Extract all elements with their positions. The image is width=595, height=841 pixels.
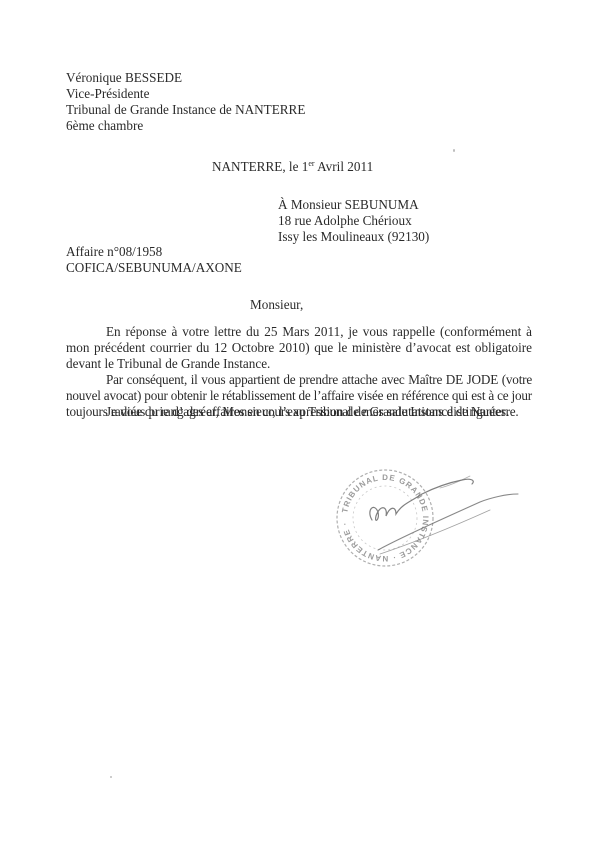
recipient-city: Issy les Moulineaux (92130): [278, 229, 429, 245]
case-reference: Affaire n°08/1958 COFICA/SEBUNUMA/AXONE: [66, 244, 242, 276]
recipient-street: 18 rue Adolphe Chérioux: [278, 213, 429, 229]
body-paragraph-1: En réponse à votre lettre du 25 Mars 201…: [66, 324, 532, 371]
recipient-name: À Monsieur SEBUNUMA: [278, 197, 429, 213]
salutation: Monsieur,: [250, 297, 303, 313]
letter-date: NANTERRE, le 1er Avril 2011: [212, 159, 373, 175]
stamp-inscription: TRIBUNAL DE GRANDE INSTANCE · NANTERRE ·…: [330, 458, 430, 563]
stamp-seal-icon: TRIBUNAL DE GRANDE INSTANCE · NANTERRE ·…: [330, 458, 530, 578]
recipient-block: À Monsieur SEBUNUMA 18 rue Adolphe Chéri…: [278, 197, 429, 245]
sender-court: Tribunal de Grande Instance de NANTERRE: [66, 102, 305, 118]
date-place: NANTERRE, le 1: [212, 159, 308, 174]
svg-text:TRIBUNAL DE GRANDE INSTANCE ·: TRIBUNAL DE GRANDE INSTANCE · NANTERRE ·…: [330, 458, 430, 563]
paragraph-text: Je vous prie d’agréer, Monsieur, l’expre…: [66, 404, 532, 420]
paper-speck: [110, 776, 112, 778]
sender-name: Véronique BESSEDE: [66, 70, 305, 86]
paper-speck: [453, 149, 455, 152]
sender-role: Vice-Présidente: [66, 86, 305, 102]
date-rest: Avril 2011: [315, 159, 374, 174]
case-parties: COFICA/SEBUNUMA/AXONE: [66, 260, 242, 276]
sender-block: Véronique BESSEDE Vice-Présidente Tribun…: [66, 70, 305, 134]
case-number: Affaire n°08/1958: [66, 244, 242, 260]
body-paragraph-3: Je vous prie d’agréer, Monsieur, l’expre…: [66, 404, 532, 420]
paragraph-text: En réponse à votre lettre du 25 Mars 201…: [66, 324, 532, 371]
court-stamp-signature: TRIBUNAL DE GRANDE INSTANCE · NANTERRE ·…: [330, 458, 530, 578]
sender-chamber: 6ème chambre: [66, 118, 305, 134]
